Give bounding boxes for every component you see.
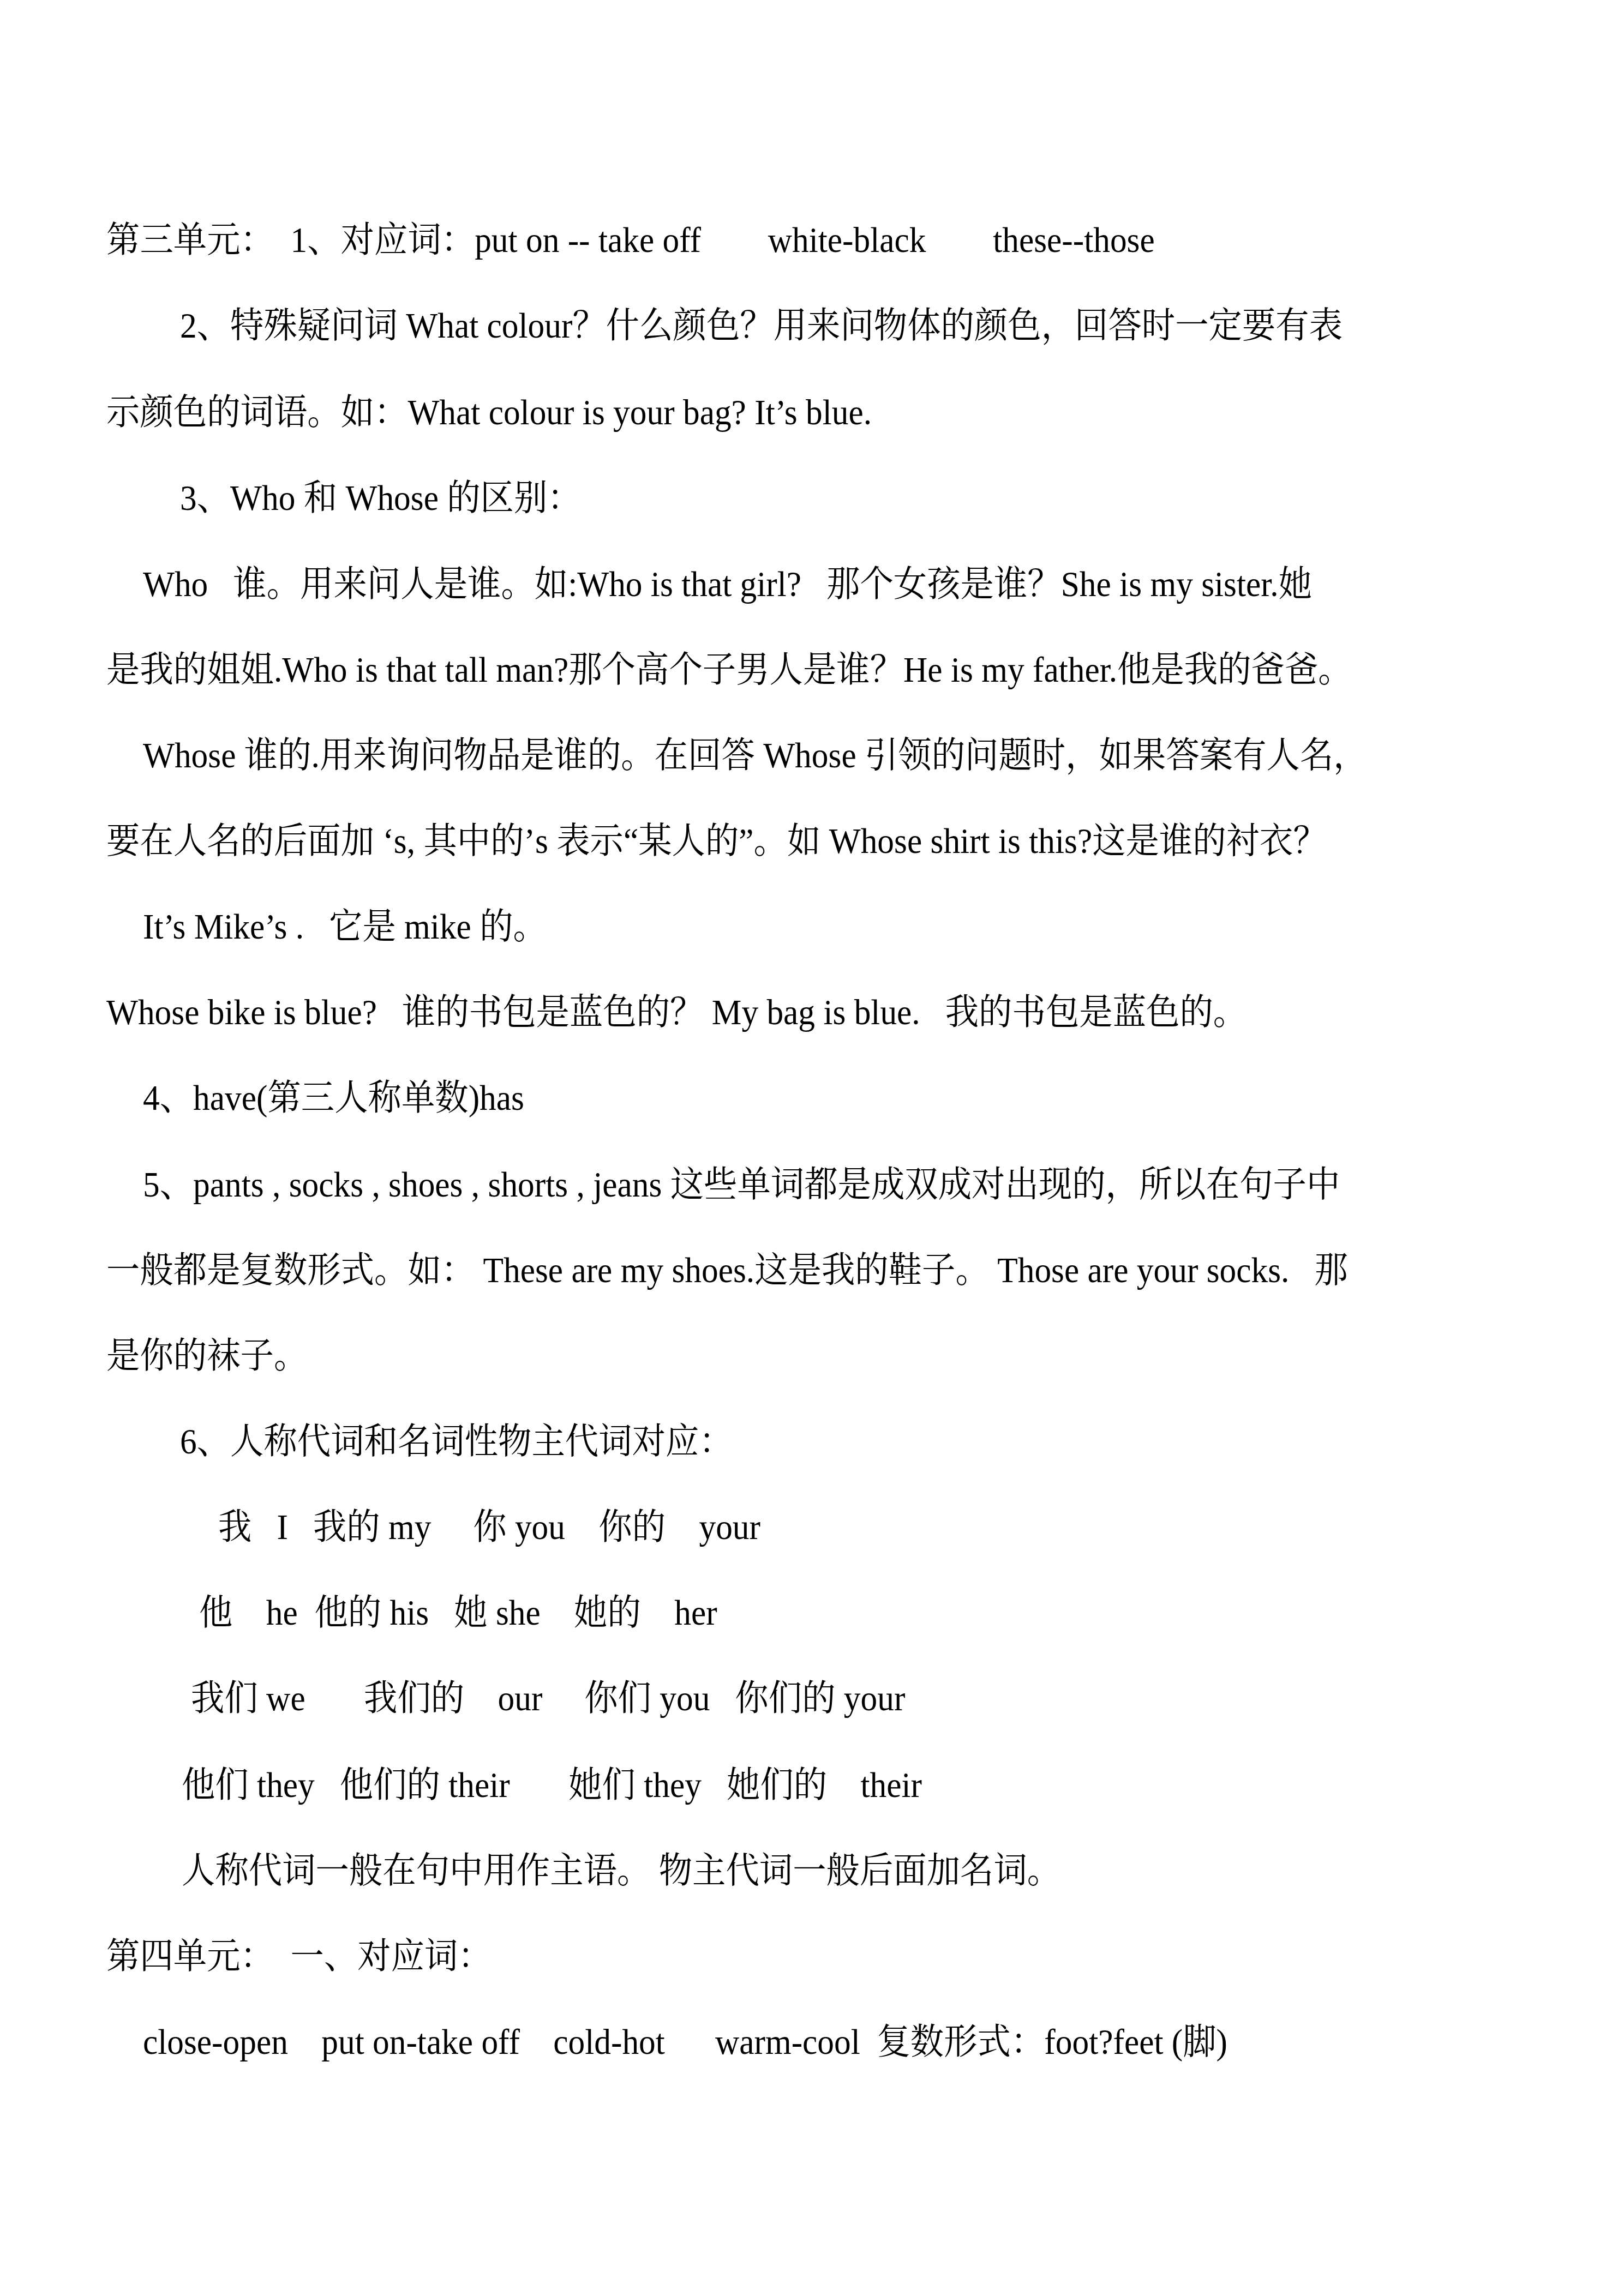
point5-line3: 是你的袜子。 (106, 1335, 307, 1378)
whose-line2: 要在人名的后面加 ‘s, 其中的’s 表示“某人的”。如 Whose shirt… (106, 820, 1327, 863)
unit3-heading-line: 第三单元： 1、对应词：put on -- take off white-bla… (106, 219, 1155, 262)
point5-line1: 5、pants , socks , shoes , shorts , jeans… (143, 1163, 1340, 1207)
who-line1: Who 谁。用来问人是谁。如:Who is that girl? 那个女孩是谁？… (143, 563, 1312, 606)
who-line2: 是我的姐姐.Who is that tall man?那个高个子男人是谁？He … (106, 648, 1352, 692)
pronoun-row-4: 他们 they 他们的 their 她们 they 她们的 their (182, 1764, 922, 1807)
whose-line4: Whose bike is blue? 谁的书包是蓝色的？ My bag is … (106, 991, 1247, 1035)
pronoun-row-2: 他 he 他的 his 她 she 她的 her (199, 1591, 717, 1635)
point5-line2: 一般都是复数形式。如： These are my shoes.这是我的鞋子。 T… (106, 1249, 1348, 1293)
whose-line3: It’s Mike’s . 它是 mike 的。 (143, 905, 547, 949)
pronoun-note: 人称代词一般在句中用作主语。 物主代词一般后面加名词。 (182, 1849, 1060, 1893)
point2-line1: 2、特殊疑问词 What colour？什么颜色？用来问物体的颜色，回答时一定要… (180, 304, 1343, 348)
point4-line: 4、have(第三人称单数)has (143, 1077, 524, 1120)
point2-line2: 示颜色的词语。如：What colour is your bag? It’s b… (106, 391, 872, 435)
unit4-words-line: close-open put on-take off cold-hot warm… (143, 2021, 1227, 2064)
pronoun-row-3: 我们 we 我们的 our 你们 you 你们的 your (191, 1677, 905, 1721)
point3-heading: 3、Who 和 Whose 的区别： (180, 477, 581, 520)
point6-heading: 6、人称代词和名词性物主代词对应： (180, 1420, 733, 1464)
whose-line1: Whose 谁的.用来询问物品是谁的。在回答 Whose 引领的问题时，如果答案… (143, 734, 1367, 778)
unit4-heading-line: 第四单元： 一、对应词： (106, 1935, 492, 1979)
pronoun-row-1: 我 I 我的 my 你 you 你的 your (218, 1506, 760, 1549)
